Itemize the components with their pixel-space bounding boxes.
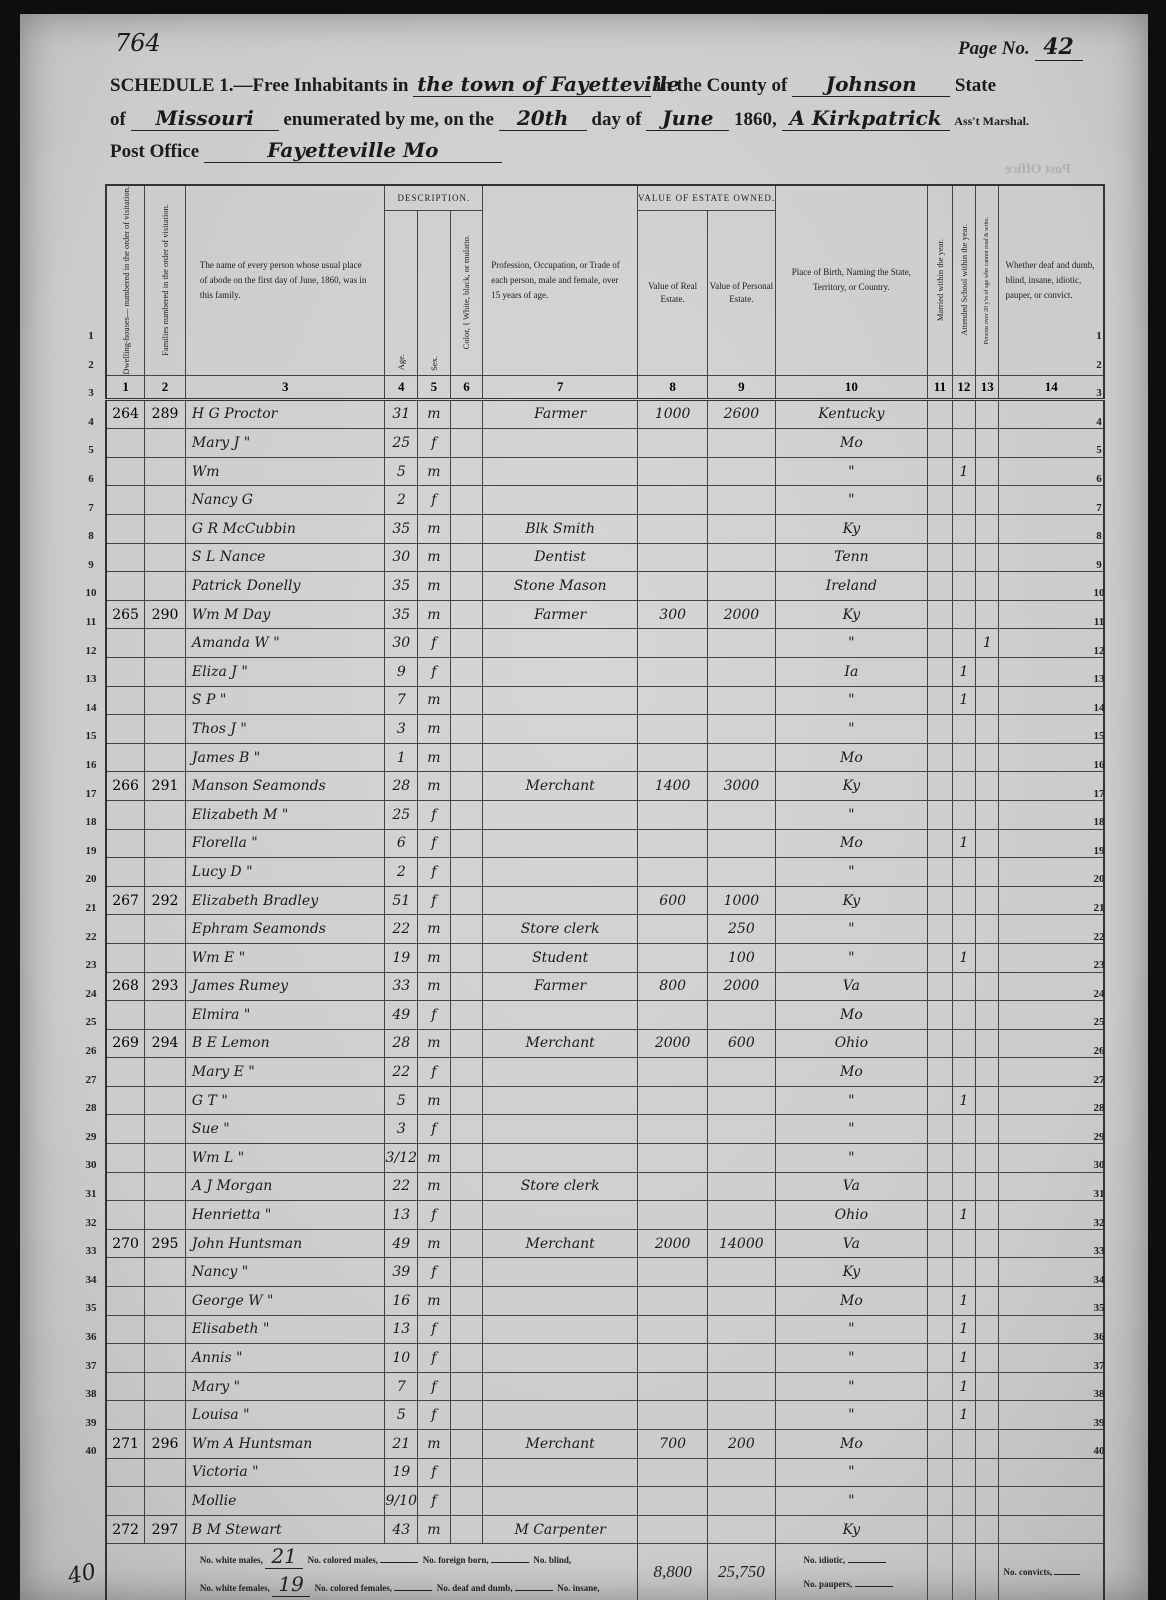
- page-number-field: Page No. 42: [958, 34, 1083, 61]
- person-name: John Huntsman: [185, 1229, 385, 1258]
- personal-estate-value: [708, 457, 775, 486]
- school-mark: 1: [952, 1401, 975, 1430]
- occupation-value: Stone Mason: [483, 572, 638, 601]
- school-mark: [952, 399, 975, 429]
- birthplace-value: ": [775, 943, 928, 972]
- real-estate-value: [638, 486, 708, 515]
- personal-estate-value: [708, 486, 775, 515]
- personal-estate-value: [708, 429, 775, 458]
- table-row: Wm E "19mStudent100"1: [106, 943, 1104, 972]
- color-value: [450, 1229, 483, 1258]
- person-name: Elisabeth ": [185, 1315, 385, 1344]
- person-name: Mary E ": [185, 1058, 385, 1087]
- table-row: Annis "10f"1: [106, 1344, 1104, 1373]
- married-mark: [928, 486, 952, 515]
- personal-estate-value: [708, 1515, 775, 1544]
- dwelling-number: [106, 1144, 145, 1173]
- sex-value: f: [418, 800, 451, 829]
- married-mark: [928, 457, 952, 486]
- column-number: 5: [418, 375, 451, 399]
- married-mark: [928, 886, 952, 915]
- table-row: 270295John Huntsman49mMerchant200014000V…: [106, 1229, 1104, 1258]
- line-number: 38: [80, 1388, 102, 1400]
- family-number: [145, 1401, 186, 1430]
- illiterate-mark: [976, 515, 999, 544]
- dwelling-number: [106, 715, 145, 744]
- school-mark: [952, 972, 975, 1001]
- personal-estate-value: [708, 1001, 775, 1030]
- stamp-number: 764: [115, 29, 161, 57]
- sex-value: f: [418, 1372, 451, 1401]
- occupation-value: Merchant: [483, 1229, 638, 1258]
- sex-value: f: [418, 1487, 451, 1516]
- illiterate-mark: [976, 572, 999, 601]
- birthplace-value: ": [775, 1315, 928, 1344]
- married-mark: [928, 800, 952, 829]
- married-mark: [928, 858, 952, 887]
- school-mark: [952, 1487, 975, 1516]
- birthplace-value: ": [775, 800, 928, 829]
- color-value: [450, 1058, 483, 1087]
- illiterate-mark: [976, 800, 999, 829]
- illiterate-mark: [976, 1287, 999, 1316]
- school-mark: 1: [952, 829, 975, 858]
- dwelling-number: [106, 1487, 145, 1516]
- person-name: James B ": [185, 743, 385, 772]
- real-estate-value: [638, 543, 708, 572]
- age-value: 16: [385, 1287, 418, 1316]
- line-number: 9: [1088, 559, 1110, 571]
- family-number: [145, 1344, 186, 1373]
- line-number: 22: [1088, 931, 1110, 943]
- birthplace-value: Va: [775, 1229, 928, 1258]
- color-value: [450, 515, 483, 544]
- line-number: 10: [80, 587, 102, 599]
- line-number: 13: [80, 673, 102, 685]
- age-value: 43: [385, 1515, 418, 1544]
- illiterate-mark: [976, 743, 999, 772]
- school-mark: 1: [952, 1086, 975, 1115]
- disability-value: [999, 1487, 1104, 1516]
- real-estate-value: [638, 800, 708, 829]
- person-name: Louisa ": [185, 1401, 385, 1430]
- dwelling-number: 269: [106, 1029, 145, 1058]
- sex-value: f: [418, 1201, 451, 1230]
- occupation-value: [483, 800, 638, 829]
- birthplace-value: ": [775, 686, 928, 715]
- color-value: [450, 772, 483, 801]
- line-number: 32: [1088, 1217, 1110, 1229]
- married-mark: [928, 515, 952, 544]
- color-value: [450, 1401, 483, 1430]
- married-mark: [928, 1144, 952, 1173]
- table-row: 265290Wm M Day35mFarmer3002000Ky: [106, 600, 1104, 629]
- married-mark: [928, 1172, 952, 1201]
- occupation-value: Blk Smith: [483, 515, 638, 544]
- illiterate-mark: [976, 1086, 999, 1115]
- occupation-value: [483, 486, 638, 515]
- header-profession: Profession, Occupation, or Trade of each…: [483, 185, 638, 375]
- person-name: S P ": [185, 686, 385, 715]
- line-number: 31: [80, 1188, 102, 1200]
- sex-value: m: [418, 399, 451, 429]
- birthplace-value: ": [775, 1115, 928, 1144]
- family-number: [145, 800, 186, 829]
- table-row: 269294B E Lemon28mMerchant2000600Ohio: [106, 1029, 1104, 1058]
- age-value: 35: [385, 572, 418, 601]
- person-name: James Rumey: [185, 972, 385, 1001]
- school-mark: [952, 486, 975, 515]
- married-mark: [928, 1029, 952, 1058]
- sex-value: m: [418, 1430, 451, 1459]
- person-name: Thos J ": [185, 715, 385, 744]
- personal-estate-value: [708, 686, 775, 715]
- dwelling-number: [106, 486, 145, 515]
- real-estate-value: [638, 1372, 708, 1401]
- person-name: Ephram Seamonds: [185, 915, 385, 944]
- occupation-value: [483, 1058, 638, 1087]
- family-number: [145, 1258, 186, 1287]
- line-number: 16: [1088, 759, 1110, 771]
- occupation-value: [483, 457, 638, 486]
- table-row: 264289H G Proctor31mFarmer10002600Kentuc…: [106, 399, 1104, 429]
- line-number: 1: [80, 330, 102, 342]
- age-value: 13: [385, 1201, 418, 1230]
- color-value: [450, 572, 483, 601]
- family-number: [145, 1372, 186, 1401]
- age-value: 5: [385, 1401, 418, 1430]
- person-name: Wm L ": [185, 1144, 385, 1173]
- deaf-dumb-label: No. deaf and dumb,: [437, 1583, 513, 1593]
- disability-value: [999, 1458, 1104, 1487]
- birthplace-value: Ky: [775, 515, 928, 544]
- real-estate-value: [638, 657, 708, 686]
- state-value: Missouri: [131, 106, 279, 131]
- school-mark: [952, 1515, 975, 1544]
- color-value: [450, 800, 483, 829]
- day-of-label: day of: [591, 109, 641, 130]
- occupation-value: Farmer: [483, 600, 638, 629]
- family-number: [145, 429, 186, 458]
- table-row: Elizabeth M "25f": [106, 800, 1104, 829]
- married-mark: [928, 715, 952, 744]
- personal-estate-value: [708, 1201, 775, 1230]
- family-number: [145, 1001, 186, 1030]
- line-number: 34: [80, 1274, 102, 1286]
- dwelling-number: [106, 800, 145, 829]
- line-number: 2: [80, 359, 102, 371]
- line-number: 4: [80, 416, 102, 428]
- illiterate-mark: [976, 457, 999, 486]
- real-estate-value: [638, 858, 708, 887]
- white-males-label: No. white males,: [200, 1555, 263, 1565]
- color-value: [450, 1086, 483, 1115]
- color-value: [450, 1115, 483, 1144]
- married-mark: [928, 629, 952, 658]
- married-mark: [928, 943, 952, 972]
- table-row: James B "1mMo: [106, 743, 1104, 772]
- line-number: 39: [80, 1417, 102, 1429]
- sex-value: f: [418, 629, 451, 658]
- age-value: 33: [385, 972, 418, 1001]
- personal-estate-value: [708, 657, 775, 686]
- family-number: 294: [145, 1029, 186, 1058]
- married-mark: [928, 915, 952, 944]
- married-mark: [928, 1458, 952, 1487]
- school-mark: [952, 572, 975, 601]
- family-number: 295: [145, 1229, 186, 1258]
- real-estate-value: [638, 1258, 708, 1287]
- age-value: 30: [385, 543, 418, 572]
- dwelling-number: [106, 1201, 145, 1230]
- real-estate-value: 800: [638, 972, 708, 1001]
- column-number-row: 1 2 3 4 5 6 7 8 9 10 11 12 13 14: [106, 375, 1104, 399]
- birthplace-value: Va: [775, 972, 928, 1001]
- age-value: 2: [385, 486, 418, 515]
- age-value: 25: [385, 429, 418, 458]
- married-mark: [928, 1287, 952, 1316]
- birthplace-value: Ireland: [775, 572, 928, 601]
- line-number: 22: [80, 931, 102, 943]
- birthplace-value: Mo: [775, 829, 928, 858]
- header-color: Color, { White, black, or mulatto.: [450, 210, 483, 375]
- personal-estate-value: [708, 515, 775, 544]
- line-number: 5: [1088, 444, 1110, 456]
- table-row: Florella "6fMo1: [106, 829, 1104, 858]
- header-estate-group: VALUE OF ESTATE OWNED.: [638, 185, 775, 210]
- line-number: 30: [80, 1159, 102, 1171]
- school-mark: [952, 1258, 975, 1287]
- table-row: Victoria "19f": [106, 1458, 1104, 1487]
- age-value: 3/12: [385, 1144, 418, 1173]
- family-number: [145, 486, 186, 515]
- line-number: 25: [80, 1016, 102, 1028]
- person-name: B E Lemon: [185, 1029, 385, 1058]
- birthplace-value: Mo: [775, 1001, 928, 1030]
- occupation-value: [483, 1401, 638, 1430]
- personal-estate-value: [708, 1487, 775, 1516]
- married-mark: [928, 1430, 952, 1459]
- sex-value: m: [418, 1086, 451, 1115]
- sex-value: f: [418, 1458, 451, 1487]
- married-mark: [928, 1258, 952, 1287]
- white-females-label: No. white females,: [200, 1583, 270, 1593]
- real-estate-value: [638, 1144, 708, 1173]
- line-number: 39: [1088, 1417, 1110, 1429]
- occupation-value: Student: [483, 943, 638, 972]
- occupation-value: [483, 1315, 638, 1344]
- personal-estate-value: 250: [708, 915, 775, 944]
- school-mark: [952, 886, 975, 915]
- age-value: 2: [385, 858, 418, 887]
- header-birthplace: Place of Birth, Naming the State, Territ…: [775, 185, 928, 375]
- family-number: [145, 715, 186, 744]
- line-number: 33: [1088, 1245, 1110, 1257]
- age-value: 21: [385, 1430, 418, 1459]
- occupation-value: [483, 629, 638, 658]
- illiterate-mark: [976, 600, 999, 629]
- sex-value: m: [418, 572, 451, 601]
- real-estate-value: [638, 686, 708, 715]
- dwelling-number: [106, 572, 145, 601]
- illiterate-mark: 1: [976, 629, 999, 658]
- table-row: Thos J "3m": [106, 715, 1104, 744]
- line-number: 25: [1088, 1016, 1110, 1028]
- illiterate-mark: [976, 1258, 999, 1287]
- dwelling-number: 271: [106, 1430, 145, 1459]
- real-estate-value: [638, 1058, 708, 1087]
- personal-estate-value: [708, 1115, 775, 1144]
- occupation-value: [483, 686, 638, 715]
- school-mark: [952, 858, 975, 887]
- school-mark: 1: [952, 657, 975, 686]
- line-number: 37: [80, 1360, 102, 1372]
- dwelling-number: [106, 1172, 145, 1201]
- school-mark: [952, 1001, 975, 1030]
- table-row: Elisabeth "13f"1: [106, 1315, 1104, 1344]
- family-number: [145, 1144, 186, 1173]
- line-number: 6: [80, 473, 102, 485]
- sex-value: f: [418, 1344, 451, 1373]
- married-mark: [928, 600, 952, 629]
- occupation-value: Farmer: [483, 399, 638, 429]
- sex-value: f: [418, 1401, 451, 1430]
- school-mark: [952, 915, 975, 944]
- sex-value: m: [418, 1229, 451, 1258]
- age-value: 25: [385, 800, 418, 829]
- table-row: 272297B M Stewart43mM CarpenterKy: [106, 1515, 1104, 1544]
- line-number: 23: [1088, 959, 1110, 971]
- line-number: 23: [80, 959, 102, 971]
- table-row: S P "7m"1: [106, 686, 1104, 715]
- illiterate-mark: [976, 772, 999, 801]
- table-row: Elmira "49fMo: [106, 1001, 1104, 1030]
- summary-row: No. white males, 21 No. colored males, N…: [106, 1544, 1104, 1600]
- person-name: B M Stewart: [185, 1515, 385, 1544]
- line-number: 35: [80, 1302, 102, 1314]
- dwelling-number: [106, 543, 145, 572]
- birthplace-value: ": [775, 1458, 928, 1487]
- line-number: 17: [80, 788, 102, 800]
- married-mark: [928, 1487, 952, 1516]
- dwelling-number: [106, 457, 145, 486]
- person-name: Lucy D ": [185, 858, 385, 887]
- dwelling-number: [106, 1458, 145, 1487]
- age-value: 28: [385, 772, 418, 801]
- color-value: [450, 1287, 483, 1316]
- line-number: 3: [1088, 387, 1110, 399]
- line-number: 11: [1088, 616, 1110, 628]
- personal-estate-value: 100: [708, 943, 775, 972]
- dwelling-number: [106, 858, 145, 887]
- line-number: 35: [1088, 1302, 1110, 1314]
- page-number-label: Page No.: [958, 38, 1030, 59]
- dwelling-number: [106, 1287, 145, 1316]
- real-estate-value: [638, 915, 708, 944]
- illiterate-mark: [976, 429, 999, 458]
- illiterate-mark: [976, 543, 999, 572]
- school-mark: [952, 515, 975, 544]
- school-mark: [952, 772, 975, 801]
- birthplace-value: Ohio: [775, 1201, 928, 1230]
- line-number: 14: [1088, 702, 1110, 714]
- color-value: [450, 486, 483, 515]
- personal-estate-value: [708, 858, 775, 887]
- real-estate-value: [638, 515, 708, 544]
- personal-estate-value: [708, 800, 775, 829]
- month-value: June: [646, 106, 729, 131]
- real-estate-value: [638, 572, 708, 601]
- sex-value: f: [418, 1001, 451, 1030]
- illiterate-mark: [976, 1201, 999, 1230]
- table-row: Wm L "3/12m": [106, 1144, 1104, 1173]
- married-mark: [928, 1401, 952, 1430]
- age-value: 3: [385, 1115, 418, 1144]
- family-number: [145, 657, 186, 686]
- birthplace-value: Kentucky: [775, 399, 928, 429]
- married-mark: [928, 1201, 952, 1230]
- table-row: Mary J "25fMo: [106, 429, 1104, 458]
- line-number: 12: [1088, 645, 1110, 657]
- sex-value: f: [418, 1258, 451, 1287]
- personal-estate-value: [708, 1287, 775, 1316]
- married-mark: [928, 543, 952, 572]
- family-number: [145, 1172, 186, 1201]
- color-value: [450, 1258, 483, 1287]
- real-estate-value: 300: [638, 600, 708, 629]
- real-estate-value: [638, 429, 708, 458]
- school-mark: [952, 600, 975, 629]
- illiterate-mark: [976, 1001, 999, 1030]
- married-mark: [928, 1086, 952, 1115]
- school-mark: [952, 1229, 975, 1258]
- birthplace-value: Ky: [775, 886, 928, 915]
- family-number: [145, 543, 186, 572]
- school-mark: 1: [952, 1287, 975, 1316]
- illiterate-mark: [976, 1458, 999, 1487]
- married-mark: [928, 1372, 952, 1401]
- header-sex: Sex.: [418, 210, 451, 375]
- birthplace-value: Ky: [775, 1258, 928, 1287]
- person-name: Victoria ": [185, 1458, 385, 1487]
- personal-estate-value: 3000: [708, 772, 775, 801]
- foreign-born-label: No. foreign born,: [423, 1555, 489, 1565]
- family-number: [145, 1315, 186, 1344]
- real-estate-value: [638, 1458, 708, 1487]
- person-name: G R McCubbin: [185, 515, 385, 544]
- person-name: Mollie: [185, 1487, 385, 1516]
- real-estate-value: 1000: [638, 399, 708, 429]
- illiterate-mark: [976, 1229, 999, 1258]
- marshal-label: Ass't Marshal.: [954, 114, 1029, 128]
- person-name: Nancy G: [185, 486, 385, 515]
- color-value: [450, 743, 483, 772]
- color-value: [450, 1172, 483, 1201]
- school-mark: 1: [952, 1344, 975, 1373]
- family-number: [145, 943, 186, 972]
- color-value: [450, 399, 483, 429]
- occupation-value: [483, 1372, 638, 1401]
- line-number: 3: [80, 387, 102, 399]
- sex-value: m: [418, 515, 451, 544]
- line-number: 12: [80, 645, 102, 657]
- birthplace-value: Ky: [775, 600, 928, 629]
- header-families: Families numbered in the order of visita…: [145, 185, 186, 375]
- school-mark: [952, 800, 975, 829]
- dwelling-number: [106, 829, 145, 858]
- white-males-value: 21: [265, 1544, 303, 1569]
- line-number: 7: [80, 502, 102, 514]
